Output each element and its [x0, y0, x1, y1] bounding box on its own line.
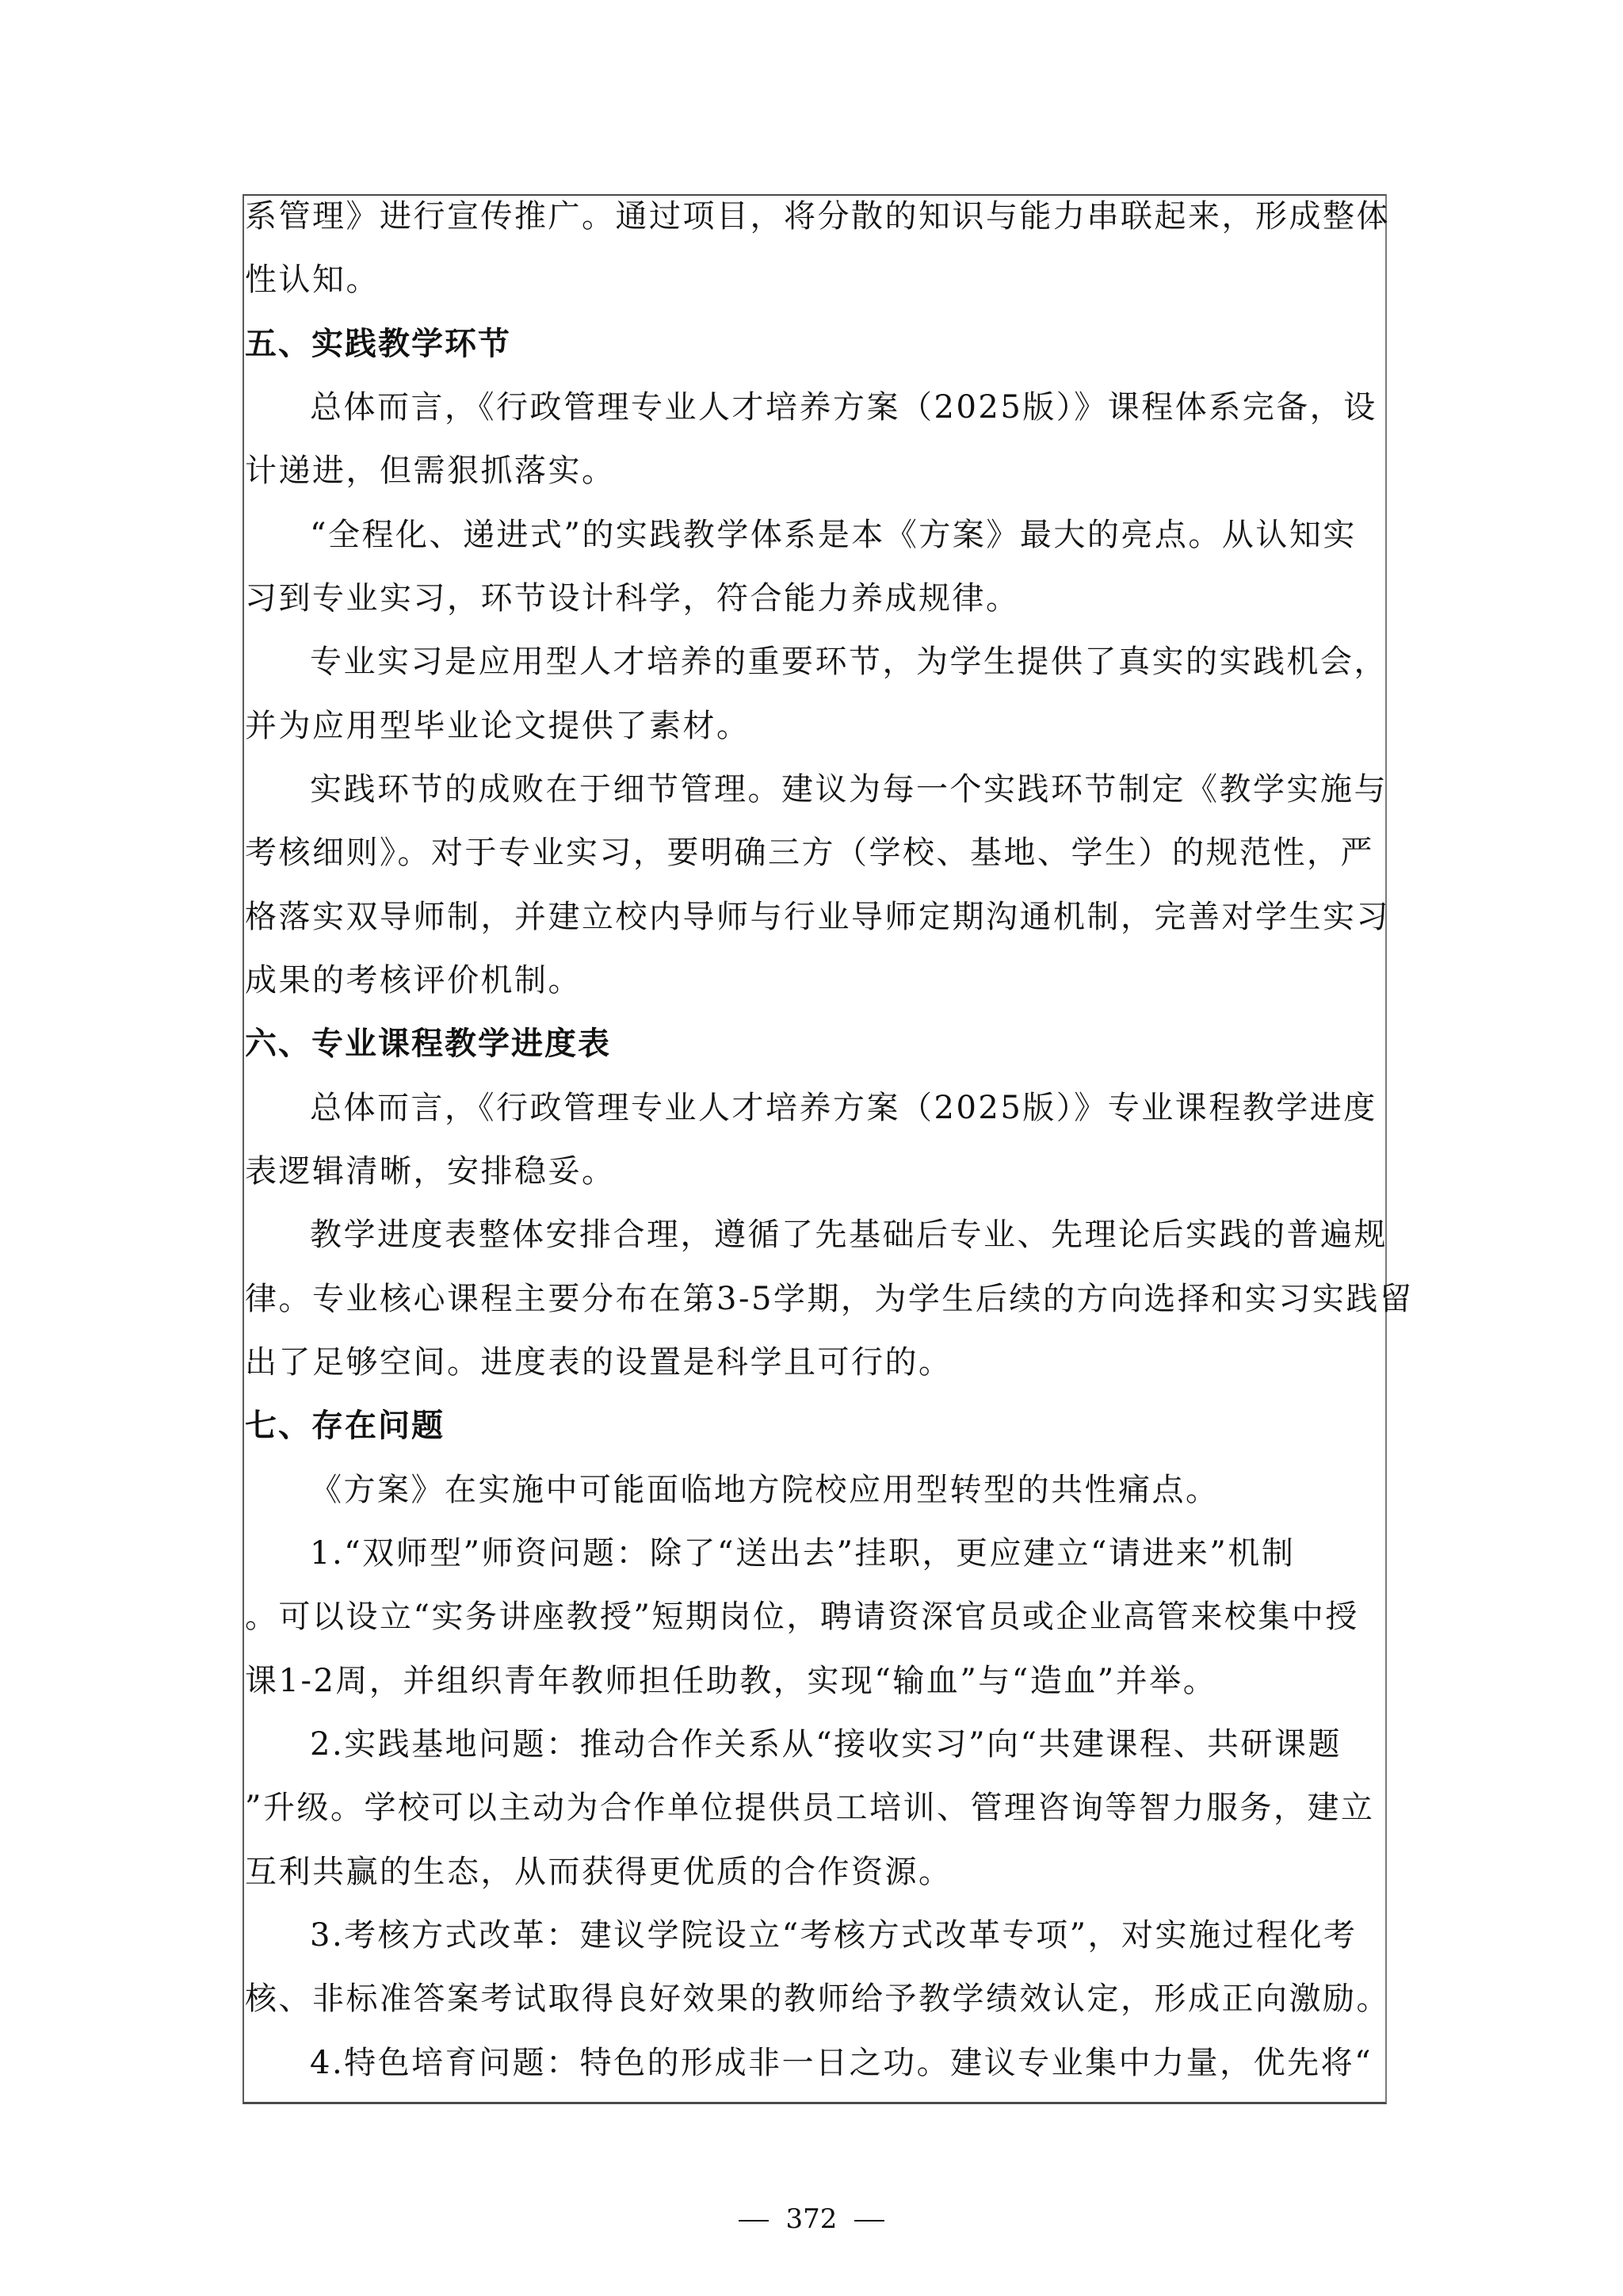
body-line: 性认知。 [245, 248, 1386, 311]
body-line: 课1-2周，并组织青年教师担任助教，实现“输血”与“造血”并举。 [245, 1649, 1386, 1713]
page-number: 372 [786, 2203, 838, 2235]
list-item-4: 4.特色培育问题：特色的形成非一日之功。建议专业集中力量，优先将“ [245, 2031, 1386, 2095]
list-item-3: 3.考核方式改革：建议学院设立“考核方式改革专项”，对实施过程化考 [245, 1904, 1386, 1967]
paragraph-line: 总体而言，《行政管理专业人才培养方案（2025版）》课程体系完备，设 [245, 376, 1386, 439]
paragraph-line: 实践环节的成败在于细节管理。建议为每一个实践环节制定《教学实施与 [245, 758, 1386, 821]
body-line: 习到专业实习，环节设计科学，符合能力养成规律。 [245, 567, 1386, 630]
paragraph-line: 教学进度表整体安排合理，遵循了先基础后专业、先理论后实践的普遍规 [245, 1203, 1386, 1266]
document-body: 系管理》进行宣传推广。通过项目，将分散的知识与能力串联起来，形成整体 性认知。 … [245, 185, 1386, 2095]
body-line: 表逻辑清晰，安排稳妥。 [245, 1140, 1386, 1203]
body-line: 系管理》进行宣传推广。通过项目，将分散的知识与能力串联起来，形成整体 [245, 185, 1386, 248]
body-line: ”升级。学校可以主动为合作单位提供员工培训、管理咨询等智力服务，建立 [245, 1776, 1386, 1839]
paragraph-line: “全程化、递进式”的实践教学体系是本《方案》最大的亮点。从认知实 [245, 503, 1386, 567]
section-heading-6: 六、专业课程教学进度表 [245, 1012, 1386, 1075]
paragraph-line: 总体而言，《行政管理专业人才培养方案（2025版）》专业课程教学进度 [245, 1076, 1386, 1140]
body-line: 核、非标准答案考试取得良好效果的教师给予教学绩效认定，形成正向激励。 [245, 1967, 1386, 2030]
dash-right [854, 2220, 884, 2222]
body-line: 计递进，但需狠抓落实。 [245, 439, 1386, 502]
body-line: 成果的考核评价机制。 [245, 949, 1386, 1012]
body-line: 出了足够空间。进度表的设置是科学且可行的。 [245, 1331, 1386, 1394]
body-line: 考核细则》。对于专业实习，要明确三方（学校、基地、学生）的规范性，严 [245, 821, 1386, 884]
body-line: 律。专业核心课程主要分布在第3-5学期，为学生后续的方向选择和实习实践留 [245, 1267, 1386, 1331]
document-page: 系管理》进行宣传推广。通过项目，将分散的知识与能力串联起来，形成整体 性认知。 … [0, 0, 1623, 2296]
section-heading-7: 七、存在问题 [245, 1394, 1386, 1457]
dash-left [739, 2220, 769, 2222]
section-heading-5: 五、实践教学环节 [245, 312, 1386, 376]
body-line: 格落实双导师制，并建立校内导师与行业导师定期沟通机制，完善对学生实习 [245, 885, 1386, 949]
page-footer: 372 [0, 2203, 1623, 2235]
paragraph-line: 专业实习是应用型人才培养的重要环节，为学生提供了真实的实践机会， [245, 630, 1386, 693]
body-line: 。可以设立“实务讲座教授”短期岗位，聘请资深官员或企业高管来校集中授 [245, 1585, 1386, 1648]
list-item-2: 2.实践基地问题：推动合作关系从“接收实习”向“共建课程、共研课题 [245, 1713, 1386, 1776]
list-item-1: 1.“双师型”师资问题：除了“送出去”挂职，更应建立“请进来”机制 [245, 1522, 1386, 1585]
body-line: 并为应用型毕业论文提供了素材。 [245, 694, 1386, 758]
body-line: 互利共赢的生态，从而获得更优质的合作资源。 [245, 1840, 1386, 1904]
paragraph-line: 《方案》在实施中可能面临地方院校应用型转型的共性痛点。 [245, 1458, 1386, 1522]
